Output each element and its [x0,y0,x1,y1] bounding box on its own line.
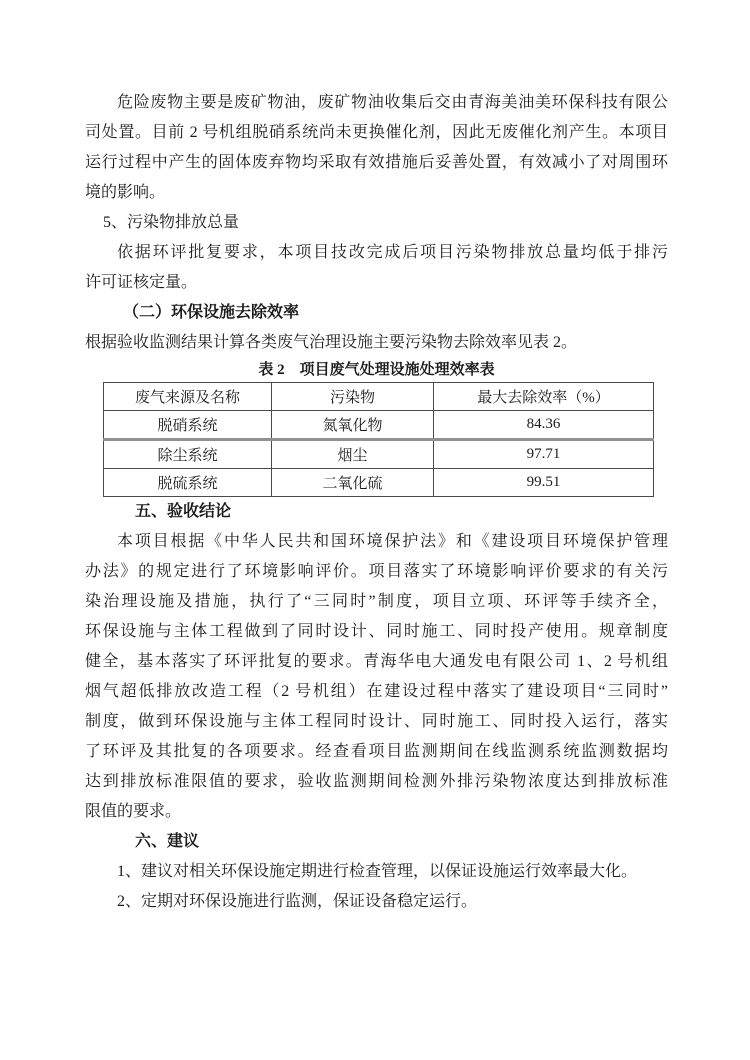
section-heading: 五、验收结论 [135,497,668,527]
table-cell: 97.71 [434,440,654,469]
paragraph: 2、定期对环保设施进行监测，保证设备稳定运行。 [85,887,668,917]
table-row: 脱硫系统二氧化硫99.51 [104,469,654,497]
section-heading: 5、污染物排放总量 [103,208,668,238]
paragraph: 危险废物主要是废矿物油，废矿物油收集后交由青海美油美环保科技有限公司处置。目前 … [85,88,668,208]
text-line: 境的影响。 [85,178,668,208]
efficiency-table: 废气来源及名称污染物最大去除效率（%）脱硝系统氮氧化物84.36除尘系统烟尘97… [103,382,654,497]
section-heading: （二）环保设施去除效率 [123,298,668,328]
document-content: 危险废物主要是废矿物油，废矿物油收集后交由青海美油美环保科技有限公司处置。目前 … [85,88,668,917]
text-line: 染治理设施及措施，执行了“三同时”制度，项目立项、环评等手续齐全， [85,587,668,617]
table-cell: 除尘系统 [104,440,272,469]
table-header-cell: 最大去除效率（%） [434,383,654,411]
text-line: 限值的要求。 [85,797,668,827]
text-line: 办法》的规定进行了环境影响评价。项目落实了环境影响评价要求的有关污 [85,557,668,587]
table-header-cell: 废气来源及名称 [104,383,272,411]
table-row: 除尘系统烟尘97.71 [104,440,654,469]
table-cell: 99.51 [434,469,654,497]
text-line: 达到排放标准限值的要求，验收监测期间检测外排污染物浓度达到排放标准 [85,767,668,797]
paragraph: 1、建议对相关环保设施定期进行检查管理，以保证设施运行效率最大化。 [85,857,668,887]
table-cell: 烟尘 [272,440,434,469]
text-line: 健全，基本落实了环评批复的要求。青海华电大通发电有限公司 1、2 号机组 [85,647,668,677]
text-line: 许可证核定量。 [85,268,668,298]
text-line: 本项目根据《中华人民共和国环境保护法》和《建设项目环境保护管理 [85,527,668,557]
paragraph: 根据验收监测结果计算各类废气治理设施主要污染物去除效率见表 2。 [85,328,668,358]
table-cell: 脱硫系统 [104,469,272,497]
text-line: 1、建议对相关环保设施定期进行检查管理，以保证设施运行效率最大化。 [85,857,668,887]
table-caption: 表 2 项目废气处理设施处理效率表 [85,361,668,380]
text-line: 烟气超低排放改造工程（2 号机组）在建设过程中落实了建设项目“三同时” [85,677,668,707]
text-line: 根据验收监测结果计算各类废气治理设施主要污染物去除效率见表 2。 [85,328,668,358]
table-row: 脱硝系统氮氧化物84.36 [104,411,654,440]
text-line: 危险废物主要是废矿物油，废矿物油收集后交由青海美油美环保科技有限公 [85,88,668,118]
paragraph: 本项目根据《中华人民共和国环境保护法》和《建设项目环境保护管理办法》的规定进行了… [85,527,668,827]
paragraph: 依据环评批复要求，本项目技改完成后项目污染物排放总量均低于排污许可证核定量。 [85,238,668,298]
document-page: 危险废物主要是废矿物油，废矿物油收集后交由青海美油美环保科技有限公司处置。目前 … [0,0,750,1060]
text-line: 环保设施与主体工程做到了同时设计、同时施工、同时投产使用。规章制度 [85,617,668,647]
section-heading: 六、建议 [135,827,668,857]
table-cell: 二氧化硫 [272,469,434,497]
table-cell: 84.36 [434,411,654,440]
text-line: 制度，做到环保设施与主体工程同时设计、同时施工、同时投入运行，落实 [85,707,668,737]
text-line: 2、定期对环保设施进行监测，保证设备稳定运行。 [85,887,668,917]
text-line: 司处置。目前 2 号机组脱硝系统尚未更换催化剂，因此无废催化剂产生。本项目 [85,118,668,148]
table-header-row: 废气来源及名称污染物最大去除效率（%） [104,383,654,411]
table-header-cell: 污染物 [272,383,434,411]
table-cell: 脱硝系统 [104,411,272,440]
text-line: 运行过程中产生的固体废弃物均采取有效措施后妥善处置，有效减小了对周围环 [85,148,668,178]
text-line: 依据环评批复要求，本项目技改完成后项目污染物排放总量均低于排污 [85,238,668,268]
table-cell: 氮氧化物 [272,411,434,440]
text-line: 了环评及其批复的各项要求。经查看项目监测期间在线监测系统监测数据均 [85,737,668,767]
